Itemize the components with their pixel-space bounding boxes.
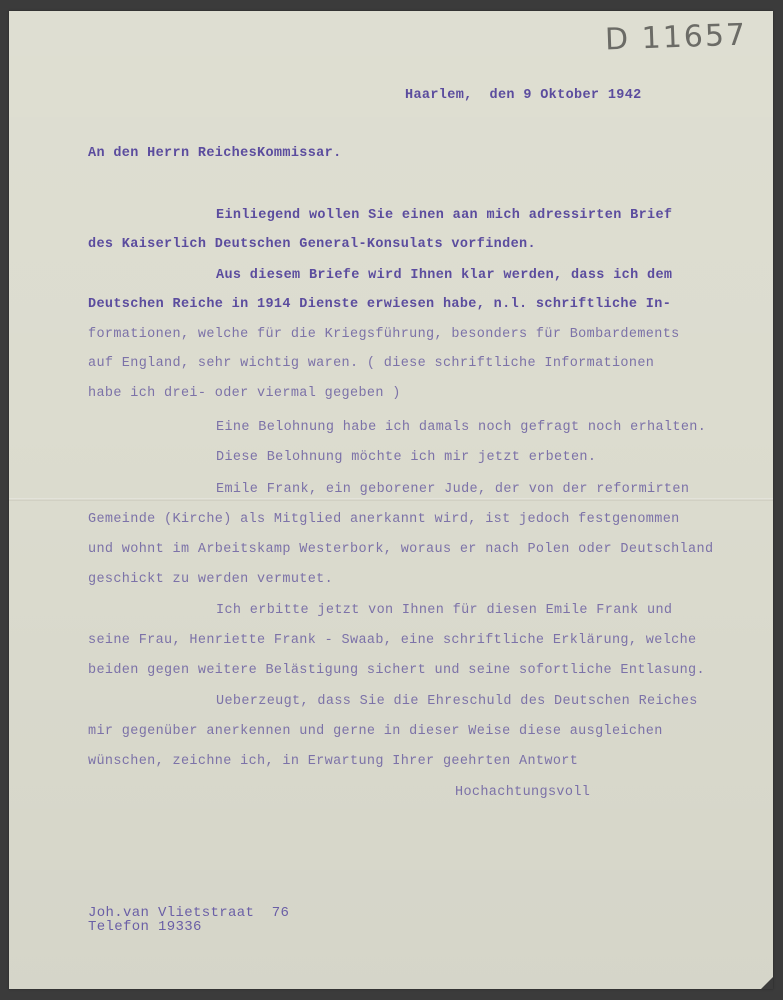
body-line: geschickt zu werden vermutet. — [88, 572, 333, 588]
body-line: Einliegend wollen Sie einen aan mich adr… — [216, 208, 672, 224]
body-line: Ich erbitte jetzt von Ihnen für diesen E… — [216, 603, 672, 619]
archive-number: D 11657 — [604, 18, 747, 58]
body-line: Diese Belohnung möchte ich mir jetzt erb… — [216, 450, 596, 466]
body-line: und wohnt im Arbeitskamp Westerbork, wor… — [88, 542, 713, 558]
body-line: Aus diesem Briefe wird Ihnen klar werden… — [216, 268, 672, 284]
paper-corner — [761, 977, 773, 989]
body-line: beiden gegen weitere Belästigung sichert… — [88, 663, 705, 679]
body-line: seine Frau, Henriette Frank - Swaab, ein… — [88, 633, 697, 649]
body-line: Ueberzeugt, dass Sie die Ehreschuld des … — [216, 694, 698, 710]
paper-fold-line — [9, 498, 773, 501]
body-line: Eine Belohnung habe ich damals noch gefr… — [216, 420, 706, 436]
closing: Hochachtungsvoll — [455, 785, 590, 801]
body-line: Deutschen Reiche in 1914 Dienste erwiese… — [88, 297, 671, 313]
body-line: habe ich drei- oder viermal gegeben ) — [88, 386, 401, 402]
body-line: Gemeinde (Kirche) als Mitglied anerkannt… — [88, 512, 680, 528]
body-line: wünschen, zeichne ich, in Erwartung Ihre… — [88, 754, 578, 770]
sender-phone: Telefon 19336 — [88, 919, 202, 935]
place-date: Haarlem, den 9 Oktober 1942 — [405, 88, 642, 104]
body-line: auf England, sehr wichtig waren. ( diese… — [88, 356, 654, 372]
body-line: des Kaiserlich Deutschen General-Konsula… — [88, 237, 536, 253]
body-line: Emile Frank, ein geborener Jude, der von… — [216, 482, 689, 498]
salutation: An den Herrn ReichesKommissar. — [88, 146, 342, 162]
body-line: formationen, welche für die Kriegsführun… — [88, 327, 680, 343]
body-line: mir gegenüber anerkennen und gerne in di… — [88, 724, 663, 740]
